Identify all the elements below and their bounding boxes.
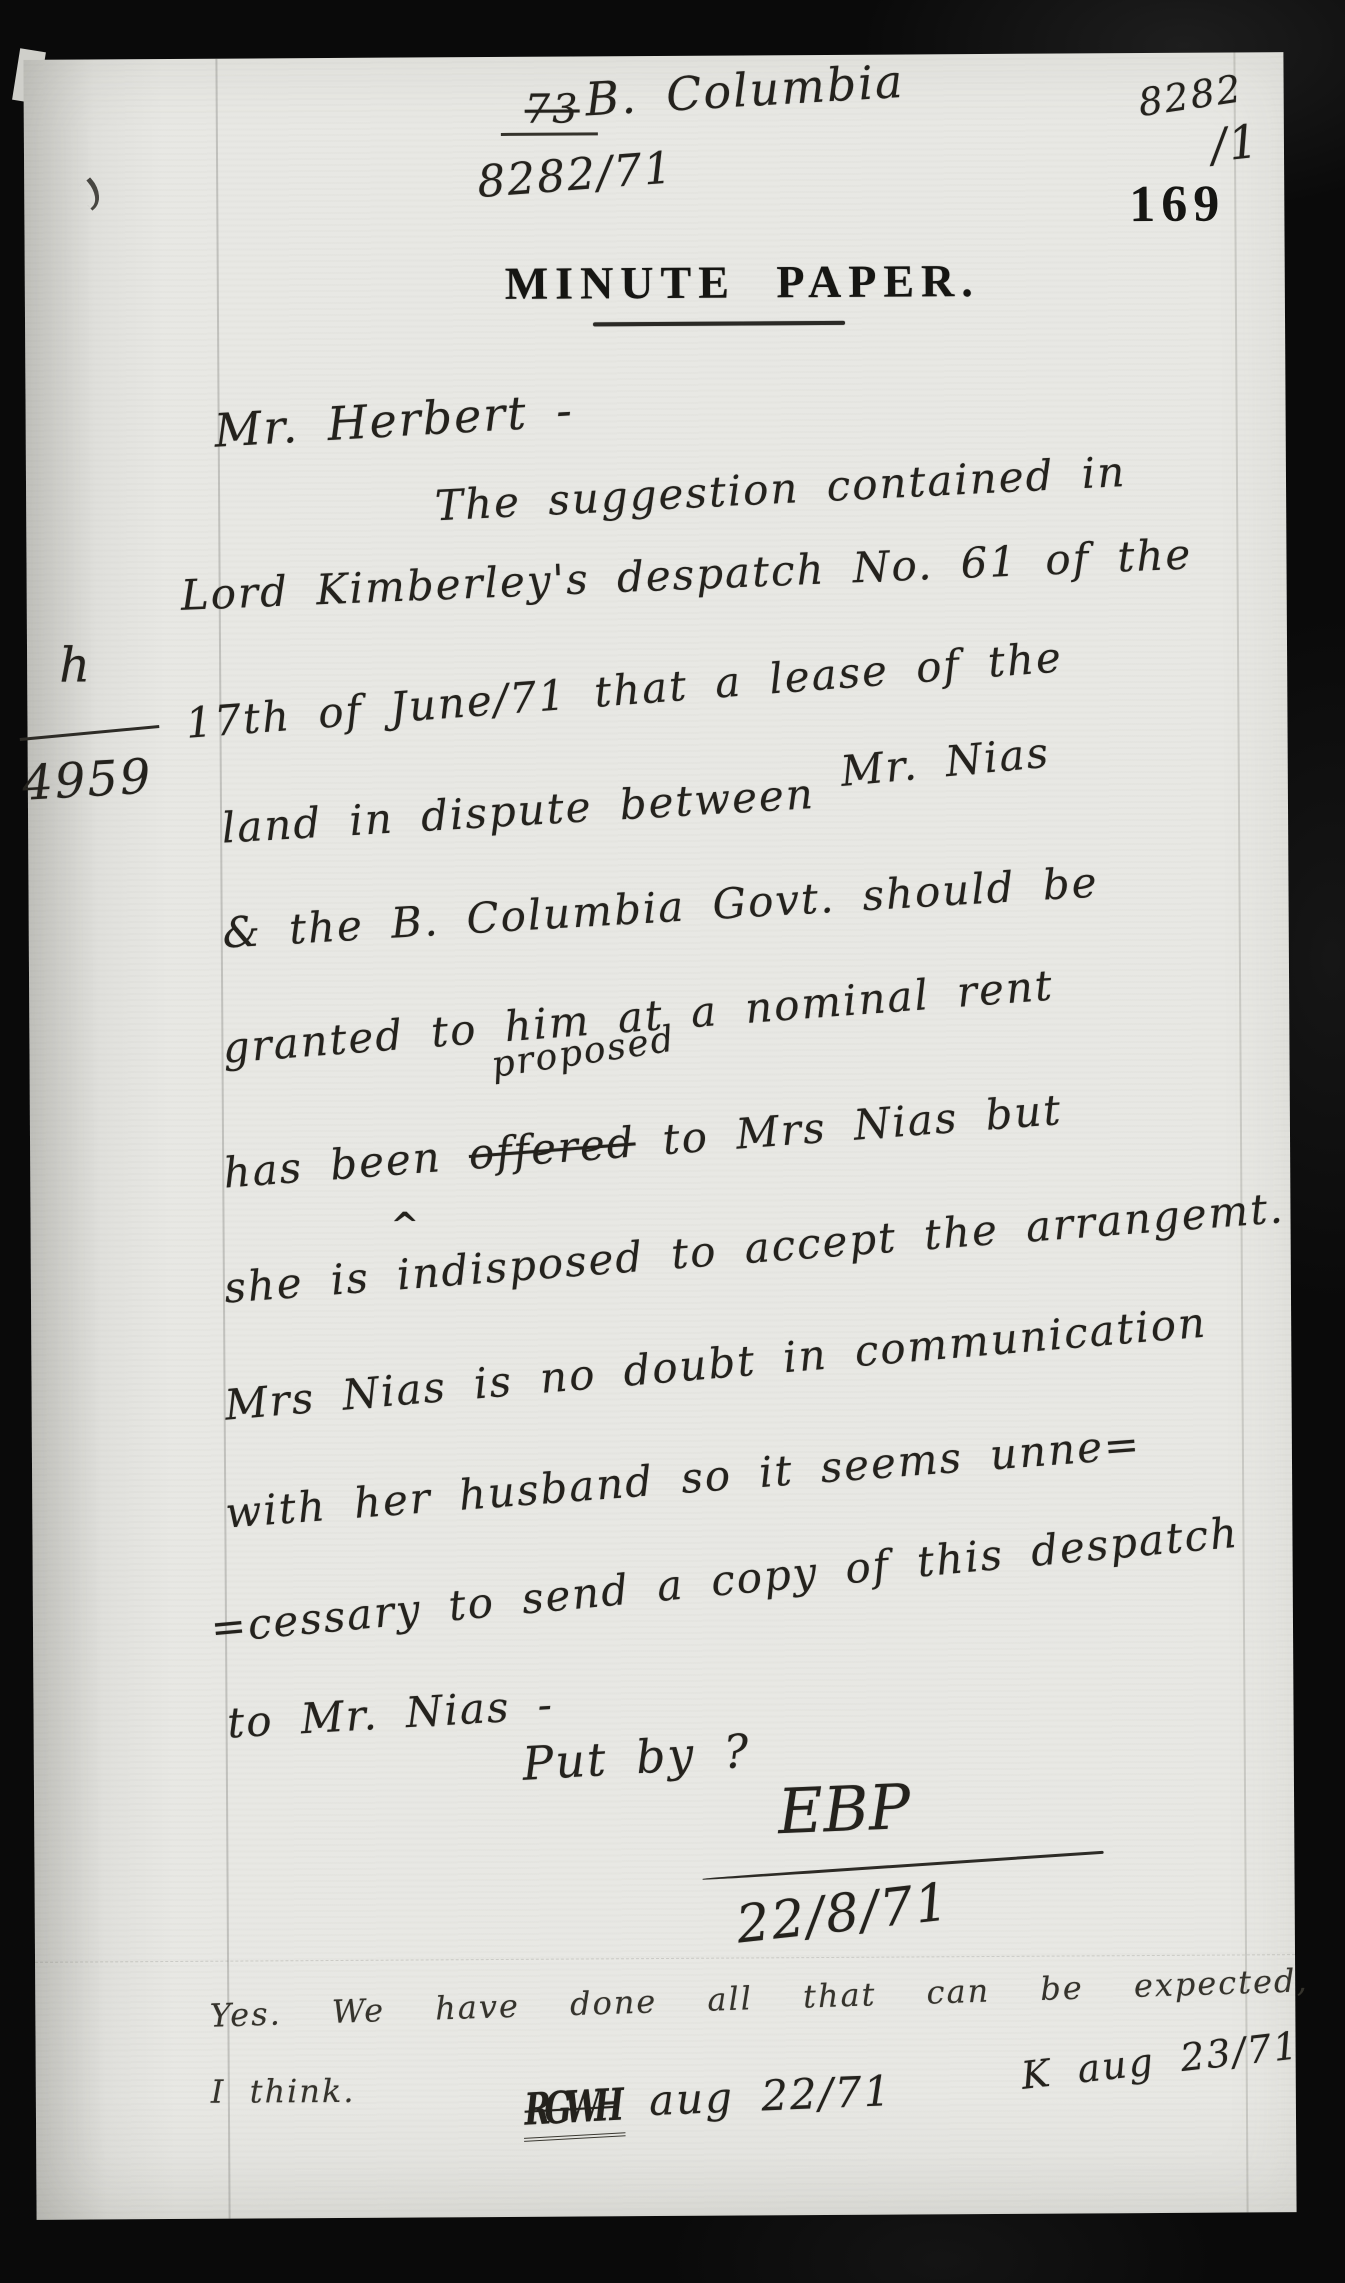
- second-minute-date: aug 22/71: [648, 2066, 893, 2125]
- minute-line: =cessary to send a copy of this despatch: [209, 1508, 1241, 1653]
- minute-line: with her husband so it seems unne=: [224, 1419, 1143, 1537]
- folio-number: 169: [1129, 175, 1225, 235]
- initials-monogram: RGWH: [522, 2079, 625, 2142]
- disposition-note: Put by ?: [521, 1724, 752, 1791]
- scanner-background: 73 B. Columbia 8282/71 8282 /1 169 MINUT…: [0, 0, 1345, 2283]
- signature-date: 22/8/71: [733, 1872, 953, 1955]
- minute-line: Lord Kimberley's despatch No. 61 of the: [180, 529, 1193, 619]
- minute-line-text: to Mrs Nias but: [634, 1085, 1064, 1166]
- fold-line: [35, 1954, 1295, 1963]
- minute-line: has been offered to Mrs Nias but: [222, 1085, 1064, 1198]
- minute-line: & the B. Columbia Govt. should be: [221, 857, 1100, 957]
- minute-line: The suggestion contained in: [434, 447, 1127, 530]
- insertion-caret: ^: [390, 1205, 421, 1245]
- minute-line: Mrs Nias is no doubt in communication: [223, 1298, 1209, 1430]
- signature-initials: EBP: [776, 1770, 911, 1848]
- margin-rule-left: [215, 59, 230, 2219]
- minute-line-text: land in dispute between: [220, 767, 843, 852]
- struck-docket-number: 73: [501, 86, 598, 136]
- raised-name: Mr. Nias: [839, 728, 1053, 796]
- second-minute-line: I think.: [211, 2072, 356, 2111]
- title-underline: [593, 321, 845, 327]
- corner-registry-suffix: /1: [1208, 114, 1262, 173]
- minute-line-text: has been: [222, 1130, 471, 1198]
- form-title: MINUTE PAPER.: [505, 254, 945, 310]
- minute-line: 17th of June/71 that a lease of the: [184, 632, 1064, 748]
- third-minute-initial-date: K aug 23/71: [1019, 2023, 1302, 2098]
- minute-line: she is indisposed to accept the arrangem…: [222, 1183, 1286, 1312]
- margin-reference-number: 4959: [21, 748, 154, 812]
- struck-word: offered: [467, 1117, 637, 1179]
- ink-mark: [75, 177, 108, 211]
- second-minute-line: Yes. We have done all that can be expect…: [209, 1961, 1309, 2034]
- minute-salutation: Mr. Herbert -: [213, 383, 575, 458]
- minute-line: to Mr. Nias -: [226, 1680, 555, 1748]
- colony-heading: B. Columbia: [584, 54, 906, 127]
- minute-paper-page: 73 B. Columbia 8282/71 8282 /1 169 MINUT…: [23, 52, 1296, 2220]
- margin-rule-right: [1233, 52, 1248, 2212]
- margin-reference-letter: h: [59, 637, 92, 693]
- registry-number: 8282/71: [475, 142, 675, 208]
- margin-reference-line: [20, 725, 160, 741]
- minute-line: land in dispute between Mr. Nias: [220, 755, 1053, 852]
